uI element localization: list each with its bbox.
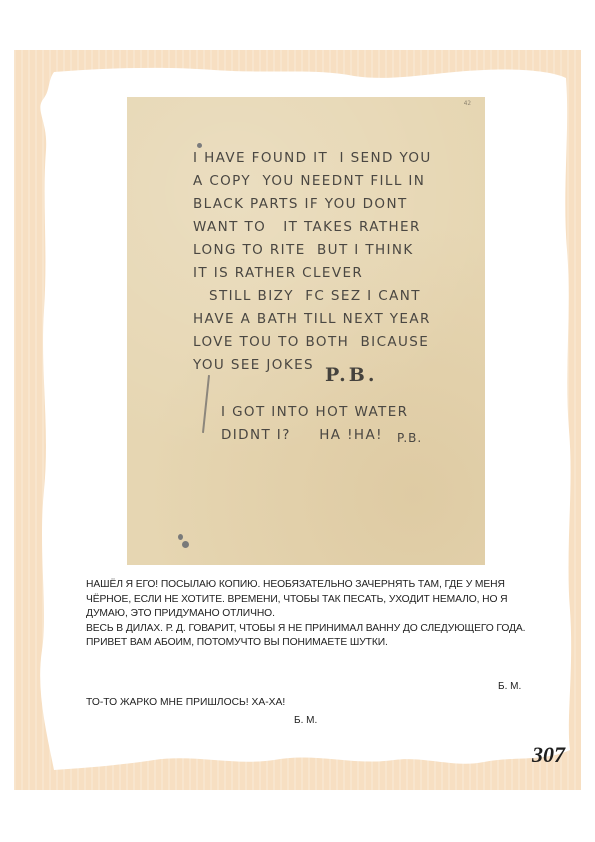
letter-line: IT IS RATHER CLEVER	[193, 262, 432, 285]
ink-smudge	[182, 541, 189, 548]
letter-line: I HAVE FOUND IT I SEND YOU	[193, 147, 432, 170]
letter-line: A COPY YOU NEEDNT FILL IN	[193, 170, 432, 193]
page-number: 307	[532, 742, 565, 768]
letter-corner-mark: 42	[464, 100, 471, 107]
translation-paragraph: Нашёл я его! Посылаю копию. Необязательн…	[86, 578, 526, 622]
ink-smudge	[178, 534, 183, 540]
letter-line: HAVE A BATH TILL NEXT YEAR	[193, 308, 432, 331]
letter-postscript: I GOT INTO HOT WATER DIDNT I? HA !HA!	[221, 401, 408, 447]
letter-line: LONG TO RITE BUT I THINK	[193, 239, 432, 262]
postscript-line: I GOT INTO HOT WATER	[221, 401, 408, 424]
letter-signature: P.B.	[325, 364, 377, 386]
letter-line: STILL BIZY FC SEZ I CANT	[193, 285, 432, 308]
translation-paragraph: Весь в дилах. Р. Д. говарит, чтобы я не …	[86, 622, 526, 637]
pencil-mark	[202, 375, 210, 433]
letter-line: YOU SEE JOKES	[193, 354, 432, 377]
translation-postscript-signature: Б. М.	[294, 715, 317, 726]
letter-line: WANT TO IT TAKES RATHER	[193, 216, 432, 239]
translation-postscript: То-то жарко мне пришлось! Ха-ха!	[86, 697, 285, 708]
postscript-signature: P.B.	[397, 431, 422, 445]
translation-paragraph: Привет вам абоим, потомучто вы понимаете…	[86, 636, 526, 651]
postscript-line: DIDNT I? HA !HA!	[221, 424, 408, 447]
ink-smudge	[197, 143, 202, 148]
translation-signature: Б. М.	[498, 681, 521, 692]
translation-text: Нашёл я его! Посылаю копию. Необязательн…	[86, 578, 526, 651]
letter-photo: 42 I HAVE FOUND IT I SEND YOU A COPY YOU…	[127, 97, 485, 565]
handwritten-letter-text: I HAVE FOUND IT I SEND YOU A COPY YOU NE…	[193, 147, 432, 377]
letter-line: LOVE TOU TO BOTH BICAUSE	[193, 331, 432, 354]
letter-line: BLACK PARTS IF YOU DONT	[193, 193, 432, 216]
